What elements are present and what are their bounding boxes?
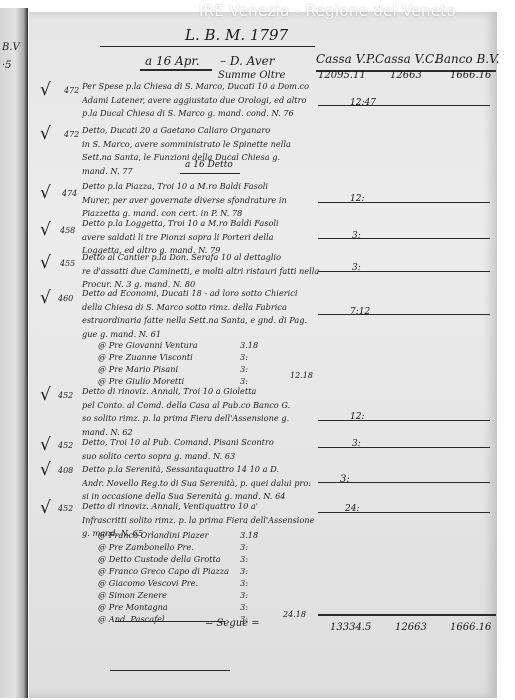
ledger-entry: Detto ad Economi, Ducati 18 - ad loro so… bbox=[82, 287, 322, 341]
date-label: a 16 Apr. bbox=[145, 54, 200, 68]
manuscript-scan: B.V ·5 IRE Venezia - Regione del Veneto … bbox=[0, 0, 515, 700]
checkmark-icon: √ bbox=[40, 385, 51, 405]
entry-amount: 24: bbox=[345, 504, 359, 514]
sub-item: @ Giacomo Vescovi Pre. bbox=[98, 578, 198, 588]
section-date: a 16 Detto bbox=[185, 160, 233, 170]
closing-total-vp: 13334.5 bbox=[330, 622, 371, 633]
entry-amount: 3: bbox=[352, 231, 361, 241]
column-cassa-vc: Cassa V.C. bbox=[375, 52, 438, 66]
entry-amount: 12: bbox=[350, 412, 364, 422]
closing-total-vc: 12663 bbox=[395, 622, 427, 633]
sub-item-amount: 3: bbox=[240, 578, 248, 588]
entry-ref: 458 bbox=[60, 226, 75, 235]
sub-item: @ Pre Giovanni Ventura bbox=[98, 340, 198, 350]
ledger-title: L. B. M. 1797 bbox=[185, 26, 288, 44]
sub-item-amount: 3: bbox=[240, 566, 248, 576]
entry-amount: 3: bbox=[352, 439, 361, 449]
sub-total: 24.18 bbox=[283, 610, 306, 619]
column-cassa-vp: Cassa V.P. bbox=[316, 52, 375, 66]
checkmark-icon: √ bbox=[40, 220, 51, 240]
ledger-entry: Detto al Cantier p.la Don. Serafa 10 al … bbox=[82, 251, 322, 292]
entry-ref: 460 bbox=[58, 294, 73, 303]
entry-amount: 12:47 bbox=[350, 98, 376, 108]
checkmark-icon: √ bbox=[40, 498, 51, 518]
entry-amount: 7:12 bbox=[350, 307, 370, 317]
sub-item-amount: 3.18 bbox=[240, 340, 258, 350]
opening-total-vc: 12663 bbox=[390, 70, 422, 81]
ledger-entry: Detto di rinoviz. Annali, Troi 10 a Giol… bbox=[82, 385, 322, 439]
entry-ref: 452 bbox=[58, 441, 73, 450]
closing-total-bv: 1666.16 bbox=[450, 622, 491, 633]
watermark: IRE Venezia - Regione del Veneto bbox=[0, 2, 515, 20]
ledger-entry: Detto p.la Serenità, Sessantaquattro 14 … bbox=[82, 463, 322, 504]
sub-item: @ Pre Montagna bbox=[98, 602, 168, 612]
facing-page-edge: B.V ·5 bbox=[0, 8, 28, 698]
segue-label: = Segue = bbox=[205, 618, 260, 629]
sub-item: @ Detto Custode della Grotta bbox=[98, 554, 221, 564]
entry-ref: 472 bbox=[64, 86, 79, 95]
checkmark-icon: √ bbox=[40, 124, 51, 144]
checkmark-icon: √ bbox=[40, 183, 51, 203]
entry-amount: 3: bbox=[352, 263, 361, 273]
checkmark-icon: √ bbox=[40, 435, 51, 455]
aver-label: – D. Aver bbox=[220, 54, 274, 68]
opening-total-vp: 12095.11 bbox=[318, 70, 366, 81]
sub-item: @ Franco Greco Capo di Piazza bbox=[98, 566, 229, 576]
entry-ref: 474 bbox=[62, 189, 77, 198]
sub-item-amount: 3.18 bbox=[240, 530, 258, 540]
entry-ref: 452 bbox=[58, 391, 73, 400]
entry-amount: 12: bbox=[350, 194, 364, 204]
edge-text: ·5 bbox=[2, 60, 12, 71]
entry-ref: 452 bbox=[58, 504, 73, 513]
ledger-entry: Detto p.la Piazza, Troi 10 a M.ro Baldi … bbox=[82, 180, 322, 221]
entry-ref: 408 bbox=[58, 466, 73, 475]
edge-text: B.V bbox=[2, 42, 20, 53]
sub-item: @ Pre Zambonello Pre. bbox=[98, 542, 194, 552]
sub-item: @ Pre Mario Pisani bbox=[98, 364, 178, 374]
sub-total: 12.18 bbox=[290, 371, 313, 380]
sub-item-amount: 3: bbox=[240, 590, 248, 600]
checkmark-icon: √ bbox=[40, 80, 51, 100]
column-banco-bv: Banco B.V. bbox=[435, 52, 499, 66]
entry-ref: 455 bbox=[60, 259, 75, 268]
entry-ref: 472 bbox=[64, 130, 79, 139]
sub-item: @ And. Pascafel bbox=[98, 614, 165, 624]
opening-total-bv: 1666.16 bbox=[450, 70, 491, 81]
sub-item-amount: 3: bbox=[240, 554, 248, 564]
ledger-entry: Detto, Troi 10 al Pub. Comand. Pisani Sc… bbox=[82, 436, 322, 463]
sub-item-amount: 3: bbox=[240, 352, 248, 362]
sub-item-amount: 3: bbox=[240, 364, 248, 374]
checkmark-icon: √ bbox=[40, 253, 51, 273]
sub-item: @ Franco Orlandini Piazer bbox=[98, 530, 209, 540]
sub-item: @ Simon Zenere bbox=[98, 590, 167, 600]
entry-amount: 3: bbox=[340, 474, 350, 485]
checkmark-icon: √ bbox=[40, 460, 51, 480]
sub-item: @ Pre Zuanne Visconti bbox=[98, 352, 193, 362]
ledger-entry: Per Spese p.la Chiesa di S. Marco, Ducat… bbox=[82, 80, 322, 121]
sub-item-amount: 3: bbox=[240, 542, 248, 552]
sub-item-amount: 3: bbox=[240, 602, 248, 612]
checkmark-icon: √ bbox=[40, 288, 51, 308]
